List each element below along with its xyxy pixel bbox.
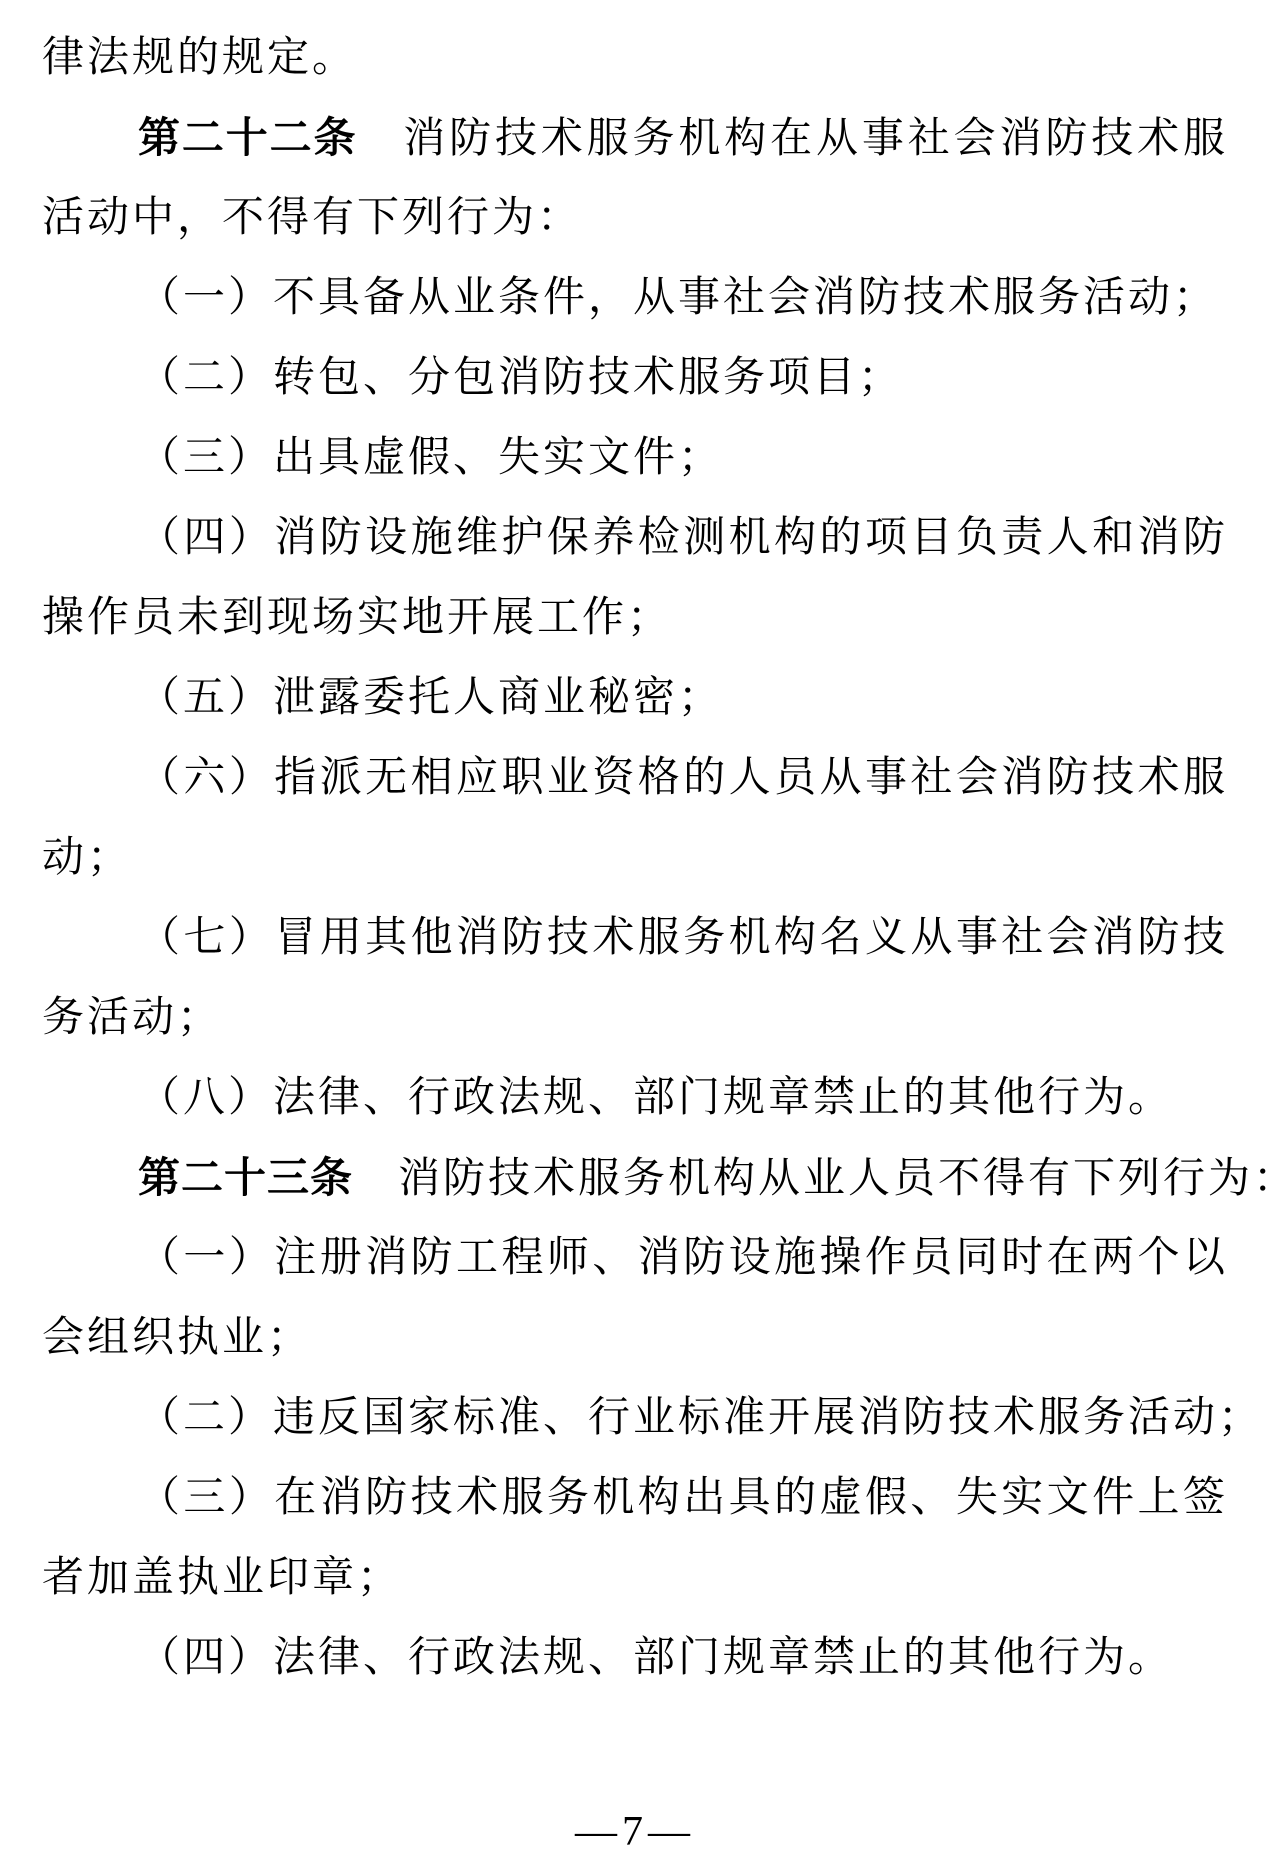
line-text: （三）在消防技术服务机构出具的虚假、失实文件上签名或 (138, 1475, 1228, 1538)
document-body: 律法规的规定。 第二十二条 消防技术服务机构在从事社会消防技术服务 活动中，不得… (42, 18, 1228, 1698)
line-text: （七）冒用其他消防技术服务机构名义从事社会消防技术服 (138, 915, 1228, 978)
line-text: （六）指派无相应职业资格的人员从事社会消防技术服务活 (138, 755, 1228, 818)
line-text: （一）不具备从业条件，从事社会消防技术服务活动； (138, 275, 1218, 321)
line-text: 活动中，不得有下列行为： (42, 195, 582, 241)
line-text: 消防技术服务机构从业人员不得有下列行为： (353, 1156, 1270, 1202)
line-text: 会组织执业； (42, 1315, 312, 1361)
text-line: （三）出具虚假、失实文件； (42, 418, 1228, 498)
article-number: 第二十二条 (138, 114, 357, 161)
text-line: （七）冒用其他消防技术服务机构名义从事社会消防技术服 (42, 898, 1228, 978)
text-line: （四）法律、行政法规、部门规章禁止的其他行为。 (42, 1618, 1228, 1698)
line-text: 动； (42, 835, 132, 881)
text-line: 务活动； (42, 978, 1228, 1058)
text-line: 动； (42, 818, 1228, 898)
text-line: 者加盖执业印章； (42, 1538, 1228, 1618)
line-text: （三）出具虚假、失实文件； (138, 435, 723, 481)
text-line: （四）消防设施维护保养检测机构的项目负责人和消防设施 (42, 498, 1228, 578)
text-line: （八）法律、行政法规、部门规章禁止的其他行为。 (42, 1058, 1228, 1138)
line-text: 律法规的规定。 (42, 35, 357, 81)
text-line: （三）在消防技术服务机构出具的虚假、失实文件上签名或 (42, 1458, 1228, 1538)
text-line: （一）不具备从业条件，从事社会消防技术服务活动； (42, 258, 1228, 338)
line-text: （二）违反国家标准、行业标准开展消防技术服务活动； (138, 1395, 1263, 1441)
text-line: 操作员未到现场实地开展工作； (42, 578, 1228, 658)
line-text: （四）消防设施维护保养检测机构的项目负责人和消防设施 (138, 515, 1228, 578)
text-line: 第二十三条 消防技术服务机构从业人员不得有下列行为： (42, 1138, 1228, 1218)
article-number: 第二十三条 (138, 1154, 353, 1201)
line-text: （二）转包、分包消防技术服务项目； (138, 355, 903, 401)
page-footer: —7— (0, 1797, 1270, 1867)
line-text: 操作员未到现场实地开展工作； (42, 595, 672, 641)
line-text: （五）泄露委托人商业秘密； (138, 675, 723, 721)
page-number: —7— (575, 1809, 695, 1855)
text-line: （一）注册消防工程师、消防设施操作员同时在两个以上社 (42, 1218, 1228, 1298)
line-text: 务活动； (42, 995, 222, 1041)
text-line: （二）违反国家标准、行业标准开展消防技术服务活动； (42, 1378, 1228, 1458)
text-line: （六）指派无相应职业资格的人员从事社会消防技术服务活 (42, 738, 1228, 818)
text-line: （二）转包、分包消防技术服务项目； (42, 338, 1228, 418)
text-line: 活动中，不得有下列行为： (42, 178, 1228, 258)
line-text: 者加盖执业印章； (42, 1555, 402, 1601)
line-text: （四）法律、行政法规、部门规章禁止的其他行为。 (138, 1635, 1173, 1681)
text-line: 第二十二条 消防技术服务机构在从事社会消防技术服务 (42, 98, 1228, 178)
text-line: 会组织执业； (42, 1298, 1228, 1378)
line-text: （八）法律、行政法规、部门规章禁止的其他行为。 (138, 1075, 1173, 1121)
text-line: 律法规的规定。 (42, 18, 1228, 98)
text-line: （五）泄露委托人商业秘密； (42, 658, 1228, 738)
line-text: （一）注册消防工程师、消防设施操作员同时在两个以上社 (138, 1235, 1228, 1298)
document-page: 律法规的规定。 第二十二条 消防技术服务机构在从事社会消防技术服务 活动中，不得… (0, 0, 1270, 1868)
